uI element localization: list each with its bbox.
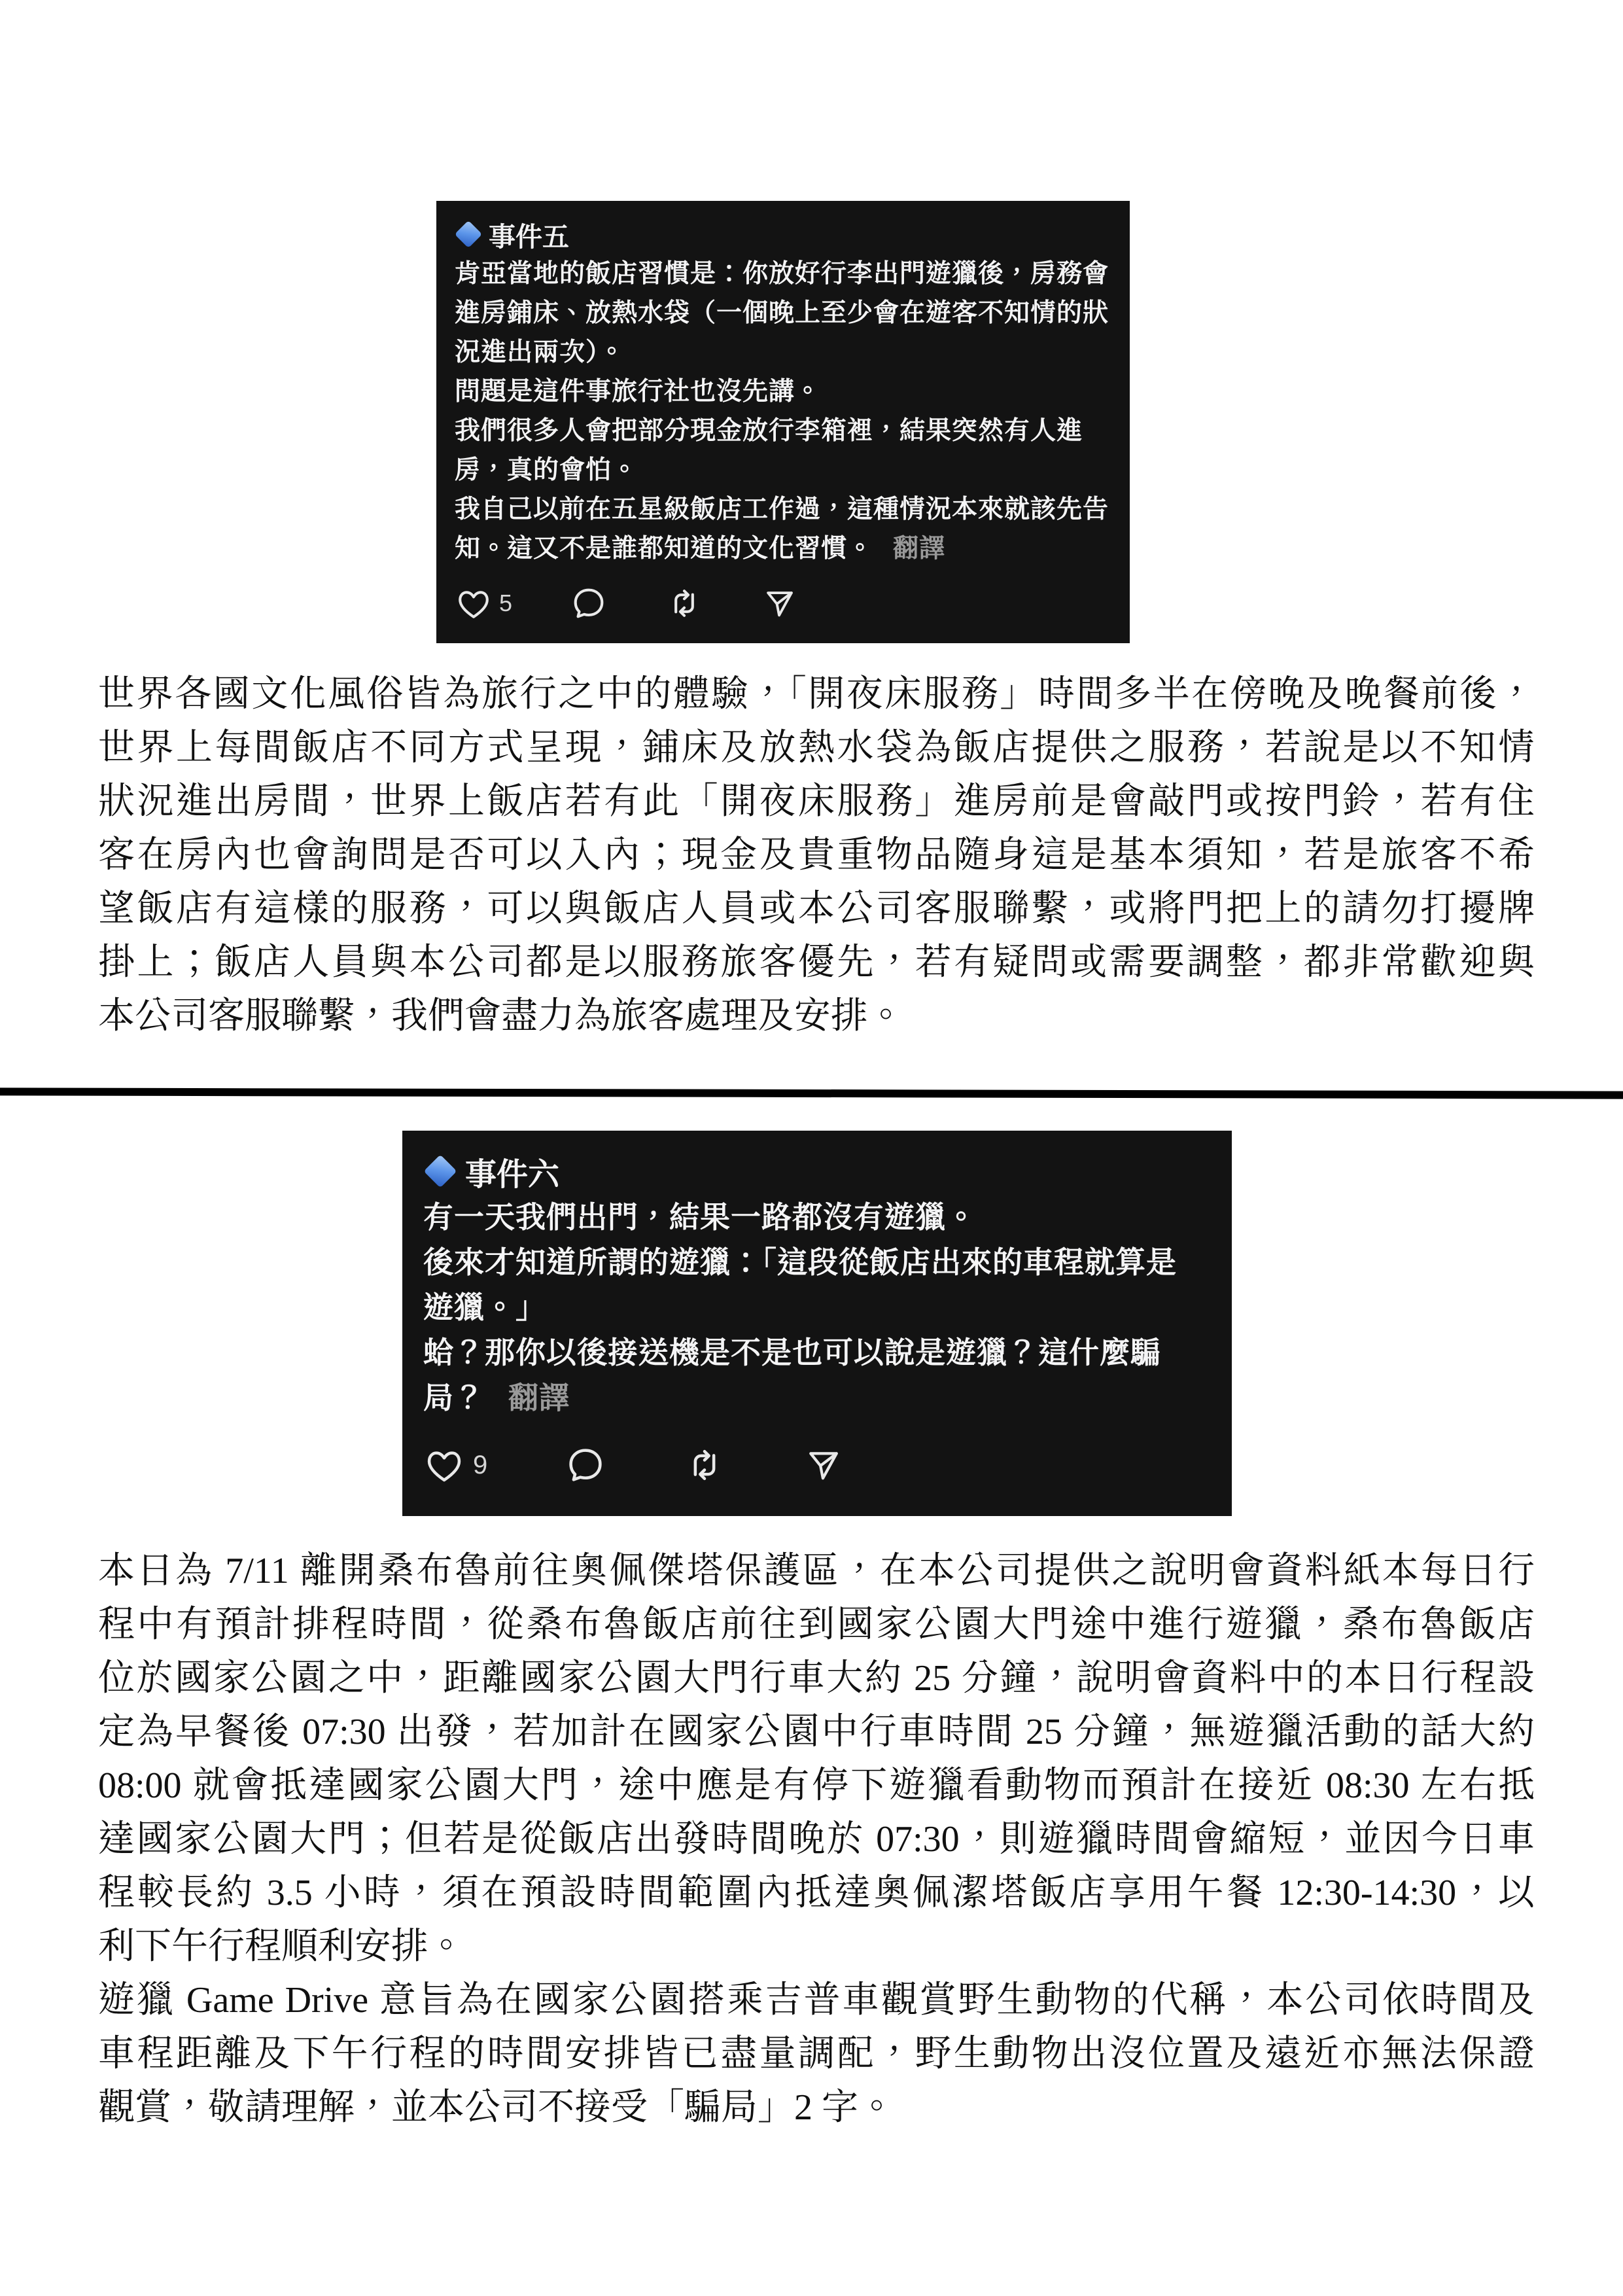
paragraph-line: 客在房內也會詢問是否可以入內；現金及貴重物品隨身這是基本須知，若是旅客不希 [98,828,1535,882]
repost-button[interactable] [684,1444,725,1486]
paragraph-line: 望飯店有這樣的服務，可以與飯店人員或本公司客服聯繫，或將門把上的請勿打擾牌 [98,882,1535,936]
like-count: 5 [499,590,512,617]
send-icon [803,1444,845,1486]
post-line-text: 局？ [423,1381,485,1415]
post-line: 我們很多人會把部分現金放行李箱裡，結果突然有人進 [455,412,1111,451]
post-line: 肯亞當地的飯店習慣是：你放好行李出門遊獵後，房務會 [455,255,1111,294]
paragraph-line: 狀況進出房間，世界上飯店若有此「開夜床服務」進房前是會敲門或按門鈴，若有住 [98,775,1535,828]
paragraph-line: 達國家公園大門；但若是從飯店出發時間晚於 07:30，則遊獵時間會縮短，並因今日… [98,1812,1535,1866]
body-paragraph: 世界各國文化風俗皆為旅行之中的體驗，「開夜床服務」時間多半在傍晚及晚餐前後， 世… [98,667,1535,1043]
post-line: 況進出兩次）。 [455,333,1111,372]
paragraph-line: 本公司客服聯繫，我們會盡力為旅客處理及安排。 [98,989,1535,1043]
paragraph-line: 利下午行程順利安排。 [98,1920,1535,1973]
post-screenshot-event5: 事件五 肯亞當地的飯店習慣是：你放好行李出門遊獵後，房務會 進房鋪床、放熱水袋（… [436,201,1130,643]
section-divider [0,1087,1623,1099]
send-icon [761,584,799,622]
paragraph-line: 08:00 就會抵達國家公園大門，途中應是有停下遊獵看動物而預計在接近 08:3… [98,1759,1535,1812]
paragraph-line: 世界各國文化風俗皆為旅行之中的體驗，「開夜床服務」時間多半在傍晚及晚餐前後， [98,667,1535,721]
translate-link[interactable]: 翻譯 [893,535,945,563]
paragraph-line: 掛上；飯店人員與本公司都是以服務旅客優先，若有疑問或需要調整，都非常歡迎與 [98,936,1535,989]
post-title-row: 事件五 [455,214,1111,255]
post-line: 知。這又不是誰都知道的文化習慣。翻譯 [455,529,1111,569]
repost-button[interactable] [665,584,703,622]
heart-icon [423,1444,465,1486]
post-title-row: 事件六 [423,1148,1211,1195]
post-title: 事件六 [465,1149,559,1194]
post-line: 進房鋪床、放熱水袋（一個晚上至少會在遊客不知情的狀 [455,294,1111,333]
comment-icon [565,1444,606,1486]
repost-icon [665,584,703,622]
paragraph-line: 位於國家公園之中，距離國家公園大門行車大約 25 分鐘，說明會資料中的本日行程設 [98,1651,1535,1705]
post-line: 有一天我們出門，結果一路都沒有遊獵。 [423,1195,1211,1240]
post-line: 問題是這件事旅行社也沒先講。 [455,372,1111,412]
post-line: 局？翻譯 [423,1375,1211,1421]
post-line: 我自己以前在五星級飯店工作過，這種情況本來就該先告 [455,490,1111,529]
paragraph-line: 本日為 7/11 離開桑布魯前往奧佩傑塔保護區，在本公司提供之說明會資料紙本每日… [98,1544,1535,1598]
blue-diamond-icon [455,221,482,248]
paragraph-line: 世界上每間飯店不同方式呈現，鋪床及放熱水袋為飯店提供之服務，若說是以不知情 [98,721,1535,775]
post-actions-row: 5 [455,584,1111,622]
blue-diamond-icon [424,1155,457,1188]
paragraph-line: 車程距離及下午行程的時間安排皆已盡量調配，野生動物出沒位置及遠近亦無法保證 [98,2027,1535,2081]
comment-icon [570,584,608,622]
post-screenshot-event6: 事件六 有一天我們出門，結果一路都沒有遊獵。 後來才知道所謂的遊獵：「這段從飯店… [402,1131,1232,1516]
post-title: 事件五 [489,215,569,254]
document-page: 事件五 肯亞當地的飯店習慣是：你放好行李出門遊獵後，房務會 進房鋪床、放熱水袋（… [0,0,1623,2296]
reply-button[interactable] [565,1444,606,1486]
post-line: 後來才知道所謂的遊獵：「這段從飯店出來的車程就算是 [423,1240,1211,1285]
paragraph-line: 遊獵 Game Drive 意旨為在國家公園搭乘吉普車觀賞野生動物的代稱，本公司… [98,1973,1535,2027]
paragraph-line: 程較長約 3.5 小時，須在預設時間範圍內抵達奧佩潔塔飯店享用午餐 12:30-… [98,1866,1535,1920]
paragraph-line: 觀賞，敬請理解，並本公司不接受「騙局」2 字。 [98,2081,1535,2134]
share-button[interactable] [803,1444,845,1486]
body-paragraph: 本日為 7/11 離開桑布魯前往奧佩傑塔保護區，在本公司提供之說明會資料紙本每日… [98,1544,1535,2134]
paragraph-line: 程中有預計排程時間，從桑布魯飯店前往到國家公園大門途中進行遊獵，桑布魯飯店 [98,1598,1535,1651]
post-actions-row: 9 [423,1444,1211,1486]
reply-button[interactable] [570,584,608,622]
like-button[interactable]: 9 [423,1444,487,1486]
translate-link[interactable]: 翻譯 [508,1381,570,1415]
post-line: 蛤？那你以後接送機是不是也可以說是遊獵？這什麼騙 [423,1330,1211,1375]
paragraph-line: 定為早餐後 07:30 出發，若加計在國家公園中行車時間 25 分鐘，無遊獵活動… [98,1705,1535,1759]
post-line: 房，真的會怕。 [455,451,1111,490]
like-count: 9 [473,1451,487,1480]
share-button[interactable] [761,584,799,622]
like-button[interactable]: 5 [455,584,512,622]
repost-icon [684,1444,725,1486]
post-line-text: 知。這又不是誰都知道的文化習慣。 [455,535,873,563]
heart-icon [455,584,493,622]
post-line: 遊獵。」 [423,1285,1211,1330]
